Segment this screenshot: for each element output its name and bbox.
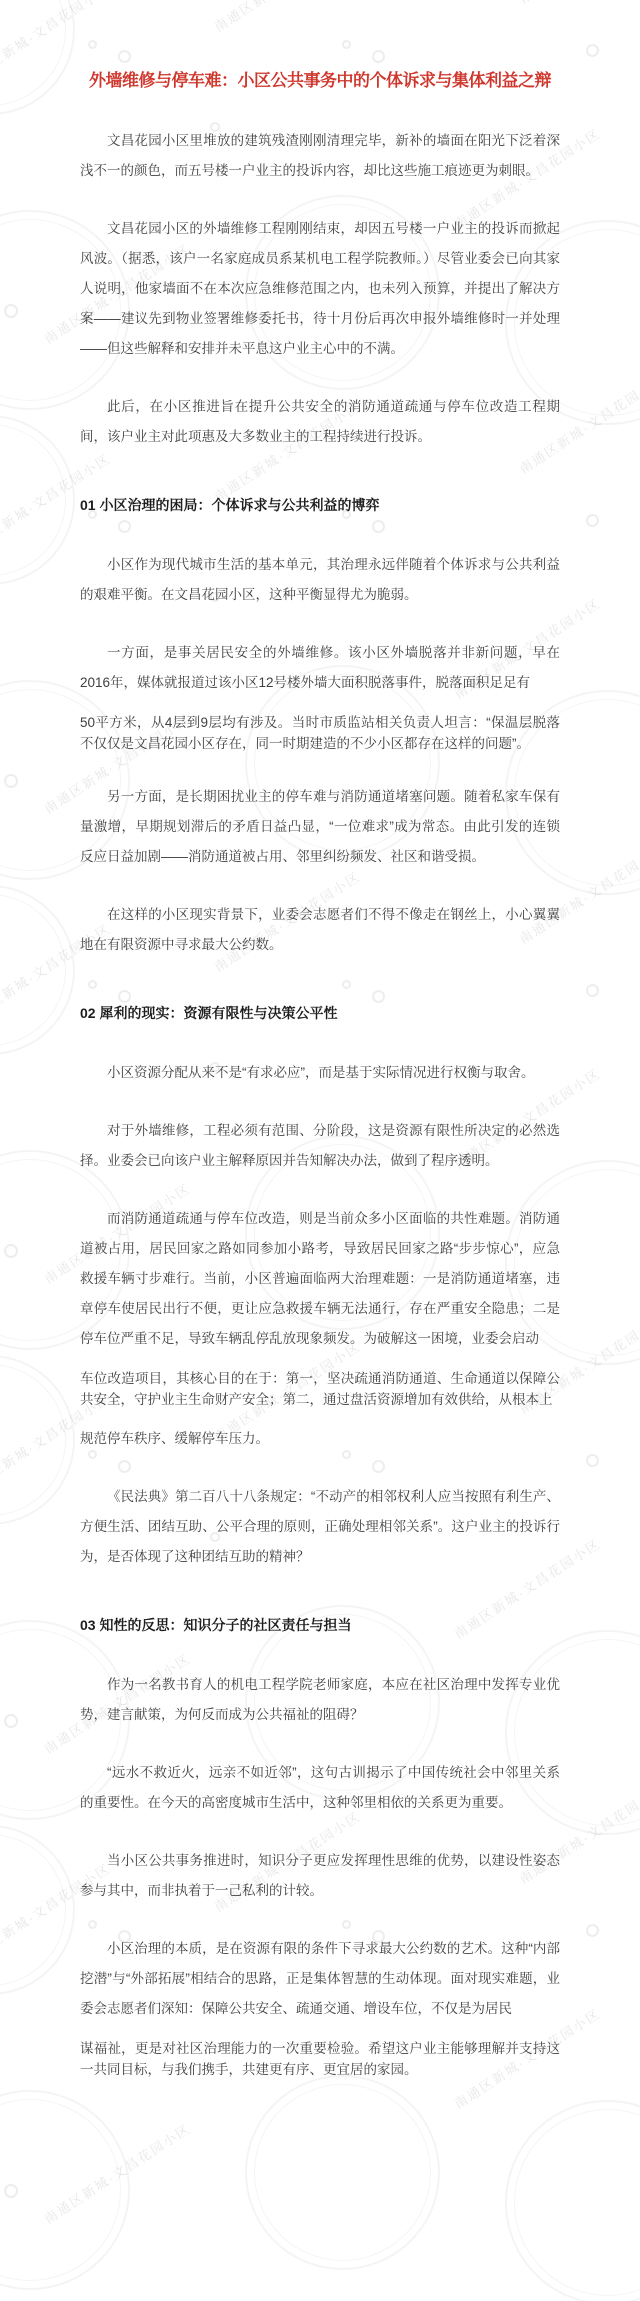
article-paragraph: 在这样的小区现实背景下，业委会志愿者们不得不像走在钢丝上，小心翼翼地在有限资源中… (80, 900, 560, 960)
article-paragraph: 文昌花园小区里堆放的建筑残渣刚刚清理完毕，新补的墙面在阳光下泛着深浅不一的颜色，… (80, 126, 560, 186)
section-heading: 02 犀利的现实：资源有限性与决策公平性 (80, 1002, 560, 1024)
article-paragraph: 小区资源分配从来不是“有求必应”，而是基于实际情况进行权衡与取舍。 (80, 1058, 560, 1088)
section-heading: 01 小区治理的困局：个体诉求与公共利益的博弈 (80, 494, 560, 516)
watermark-ring (505, 2100, 640, 2301)
article-paragraph: 另一方面，是长期困扰业主的停车难与消防通道堵塞问题。随着私家车保有量激增，早期规… (80, 782, 560, 872)
article-paragraph: 一方面，是事关居民安全的外墙维修。该小区外墙脱落并非新问题，早在2016年，媒体… (80, 638, 560, 698)
watermark-ring (245, 2075, 440, 2270)
article-paragraph: 当小区公共事务推进时，知识分子更应发挥理性思维的优势，以建设性姿态参与其中，而非… (80, 1846, 560, 1906)
article-paragraph: 作为一名教书育人的机电工程学院老师家庭，本应在社区治理中发挥专业优势，建言献策，… (80, 1670, 560, 1730)
article-paragraph: 文昌花园小区的外墙维修工程刚刚结束，却因五号楼一户业主的投诉而掀起风波。（据悉，… (80, 214, 560, 364)
article-body: 文昌花园小区里堆放的建筑残渣刚刚清理完毕，新补的墙面在阳光下泛着深浅不一的颜色，… (80, 126, 560, 2080)
article-paragraph: 此后，在小区推进旨在提升公共安全的消防通道疏通与停车位改造工程期间，该户业主对此… (80, 392, 560, 452)
article-paragraph: 车位改造项目，其核心目的在于：第一，坚决疏通消防通道、生命通道以保障公共安全，守… (80, 1368, 560, 1410)
article-paragraph: 对于外墙维修，工程必须有范围、分阶段，这是资源有限性所决定的必然选择。业委会已向… (80, 1116, 560, 1176)
article-paragraph: 《民法典》第二百八十八条规定：“不动产的相邻权利人应当按照有利生产、方便生活、团… (80, 1482, 560, 1572)
article-page: 南通区新城·文昌花园小区南通区新城·文昌花园小区南通区新城·文昌花园小区南通区新… (0, 0, 640, 2301)
article-paragraph: 规范停车秩序、缓解停车压力。 (80, 1424, 560, 1454)
watermark-text: 南通区新城·文昌花园小区 (40, 2118, 194, 2227)
article-paragraph: 谋福祉，更是对社区治理能力的一次重要检验。希望这户业主能够理解并支持这一共同目标… (80, 2038, 560, 2080)
article-paragraph: “远水不救近火，远亲不如近邻”，这句古训揭示了中国传统社会中邻里关系的重要性。在… (80, 1758, 560, 1818)
watermark-ring-inner (254, 2084, 431, 2261)
article-title: 外墙维修与停车难：小区公共事务中的个体诉求与集体利益之辩 (80, 68, 560, 94)
watermark-ring (0, 2090, 130, 2290)
article-paragraph: 50平方米，从4层到9层均有涉及。当时市质监站相关负责人坦言：“保温层脱落不仅仅… (80, 712, 560, 754)
article-paragraph: 小区治理的本质，是在资源有限的条件下寻求最大公约数的艺术。这种“内部挖潜”与“外… (80, 1934, 560, 2024)
article-paragraph: 小区作为现代城市生活的基本单元，其治理永远伴随着个体诉求与公共利益的艰难平衡。在… (80, 550, 560, 610)
watermark-ring-inner (0, 2099, 121, 2281)
watermark-dot (4, 2184, 18, 2198)
watermark-ring-inner (514, 2109, 640, 2296)
article-content: 外墙维修与停车难：小区公共事务中的个体诉求与集体利益之辩 文昌花园小区里堆放的建… (0, 0, 640, 2080)
section-heading: 03 知性的反思：知识分子的社区责任与担当 (80, 1614, 560, 1636)
article-paragraph: 而消防通道疏通与停车位改造，则是当前众多小区面临的共性难题。消防通道被占用，居民… (80, 1204, 560, 1354)
